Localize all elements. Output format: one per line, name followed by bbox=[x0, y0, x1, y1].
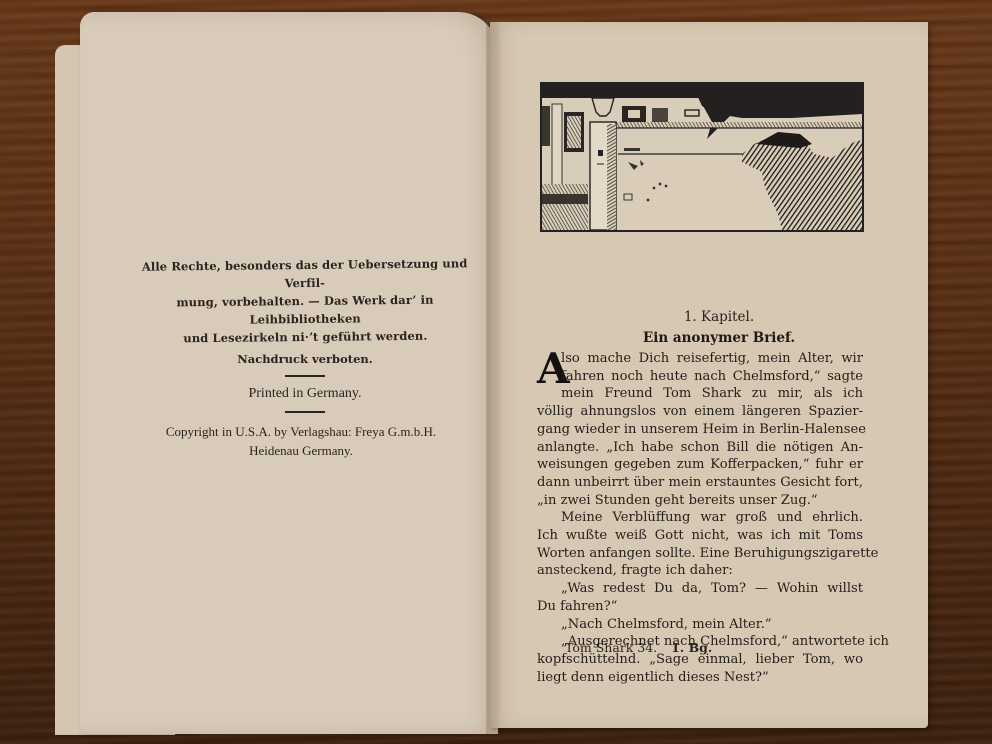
legal-notice-block: Alle Rechte, besonders das der Uebersetz… bbox=[140, 256, 470, 460]
printed-notice: Printed in Germany. bbox=[140, 386, 470, 402]
rights-notice-line: und Lesezirkeln ni·ʼt geführt werden. bbox=[140, 326, 470, 347]
rights-notice-line: Alle Rechte, besonders das der Uebersetz… bbox=[140, 254, 470, 293]
copyright-line: Copyright in U.S.A. by Verlagshau: Freya… bbox=[126, 422, 476, 441]
body-line: lso mache Dich reisefertig, mein Alter, … bbox=[537, 350, 863, 368]
chapter-title: Ein anonymer Brief. bbox=[520, 330, 918, 346]
body-line: „Nach Chelmsford, mein Alter.“ bbox=[537, 616, 863, 634]
divider-rule bbox=[285, 375, 325, 377]
body-line: „Was redest Du da, Tom? — Wohin willst bbox=[537, 580, 863, 598]
illustration-woodcut-icon bbox=[542, 84, 862, 230]
signature-series: Tom Shark 34. bbox=[565, 640, 657, 655]
chapter-number: 1. Kapitel. bbox=[520, 309, 918, 325]
body-line: völlig ahnungslos von einem längeren Spa… bbox=[537, 403, 863, 421]
divider-rule bbox=[285, 411, 325, 413]
body-line: Du fahren?“ bbox=[537, 598, 863, 616]
body-line: weisungen gegeben zum Kofferpacken,“ fuh… bbox=[537, 456, 863, 474]
body-line: ansteckend, fragte ich daher: bbox=[537, 562, 863, 580]
body-line: Meine Verblüffung war groß und ehrlich. bbox=[537, 509, 863, 527]
rights-notice-line: mung, vorbehalten. — Das Werk dar’ in Le… bbox=[140, 290, 470, 329]
copyright-line: Heidenau Germany. bbox=[126, 441, 476, 460]
body-line: Ich wußte weiß Gott nicht, was ich mit T… bbox=[537, 527, 863, 545]
body-line: fahren noch heute nach Chelmsford,“ sagt… bbox=[537, 368, 863, 386]
body-line: dann unbeirrt über mein erstauntes Gesic… bbox=[537, 474, 863, 492]
body-line: mein Freund Tom Shark zu mir, als ich bbox=[537, 385, 863, 403]
rights-notice: Alle Rechte, besonders das der Uebersetz… bbox=[140, 254, 471, 347]
body-line: Worten anfangen sollte. Eine Beruhigungs… bbox=[537, 545, 863, 563]
body-line: liegt denn eigentlich dieses Nest?“ bbox=[537, 669, 863, 687]
copyright-notice: Copyright in U.S.A. by Verlagshau: Freya… bbox=[126, 422, 476, 460]
body-line: anlangte. „Ich habe schon Bill die nötig… bbox=[537, 439, 863, 457]
chapter-illustration bbox=[540, 82, 864, 232]
body-line: „in zwei Stunden geht bereits unser Zug.… bbox=[537, 492, 863, 510]
signature-sheet: 1. Bg. bbox=[671, 640, 712, 655]
chapter-body-text: lso mache Dich reisefertig, mein Alter, … bbox=[537, 350, 863, 686]
body-line: gang wieder in unserem Heim in Berlin-Ha… bbox=[537, 421, 863, 439]
book-gutter bbox=[486, 22, 500, 734]
printer-signature: Tom Shark 34. 1. Bg. bbox=[565, 640, 712, 655]
reprint-notice: Nachdruck verboten. bbox=[140, 352, 470, 366]
